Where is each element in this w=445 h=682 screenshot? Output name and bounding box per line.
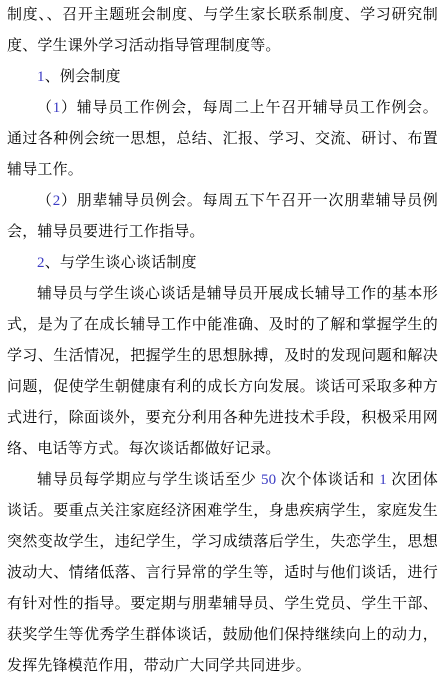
text-run: 辅导员与学生谈心谈话是辅导员开展成长辅导工作的基本形式，是为了在成长辅导工作中能… xyxy=(7,286,438,457)
text-run: （ xyxy=(37,100,53,116)
text-run: ）辅导员工作例会，每周二上午召开辅导员工作例会。通过各种例会统一思想，总结、汇报… xyxy=(7,100,438,178)
document-page: 制度、、召开主题班会制度、与学生家长联系制度、学习研究制度、学生课外学习活动指导… xyxy=(0,0,445,682)
text-run: ）朋辈辅导员例会。每周五下午召开一次朋辈辅导员例会，辅导员要进行工作指导。 xyxy=(7,193,438,240)
number-run: 50 xyxy=(261,472,276,488)
document-body: 制度、、召开主题班会制度、与学生家长联系制度、学习研究制度、学生课外学习活动指导… xyxy=(0,0,445,682)
text-run: 次团体谈话。要重点关注家庭经济困难学生，身患疾病学生，家庭发生突然变故学生，违纪… xyxy=(7,472,438,674)
number-run: 2 xyxy=(37,255,45,271)
text-run: 辅导员每学期应与学生谈话至少 xyxy=(37,472,261,488)
text-run: 、与学生谈心谈话制度 xyxy=(45,255,197,271)
text-run: （ xyxy=(37,193,53,209)
paragraph: 2、与学生谈心谈话制度 xyxy=(7,248,438,279)
paragraph: 辅导员与学生谈心谈话是辅导员开展成长辅导工作的基本形式，是为了在成长辅导工作中能… xyxy=(7,279,438,465)
text-run: 次个体谈话和 xyxy=(276,472,379,488)
text-run: 、例会制度 xyxy=(45,69,121,85)
paragraph: 辅导员每学期应与学生谈话至少 50 次个体谈话和 1 次团体谈话。要重点关注家庭… xyxy=(7,465,438,682)
paragraph: （1）辅导员工作例会，每周二上午召开辅导员工作例会。通过各种例会统一思想，总结、… xyxy=(7,93,438,186)
paragraph: 1、例会制度 xyxy=(7,62,438,93)
text-run: 制度、、召开主题班会制度、与学生家长联系制度、学习研究制度、学生课外学习活动指导… xyxy=(7,7,438,54)
paragraph: （2）朋辈辅导员例会。每周五下午召开一次朋辈辅导员例会，辅导员要进行工作指导。 xyxy=(7,186,438,248)
number-run: 1 xyxy=(37,69,45,85)
number-run: 1 xyxy=(379,472,387,488)
paragraph: 制度、、召开主题班会制度、与学生家长联系制度、学习研究制度、学生课外学习活动指导… xyxy=(7,0,438,62)
